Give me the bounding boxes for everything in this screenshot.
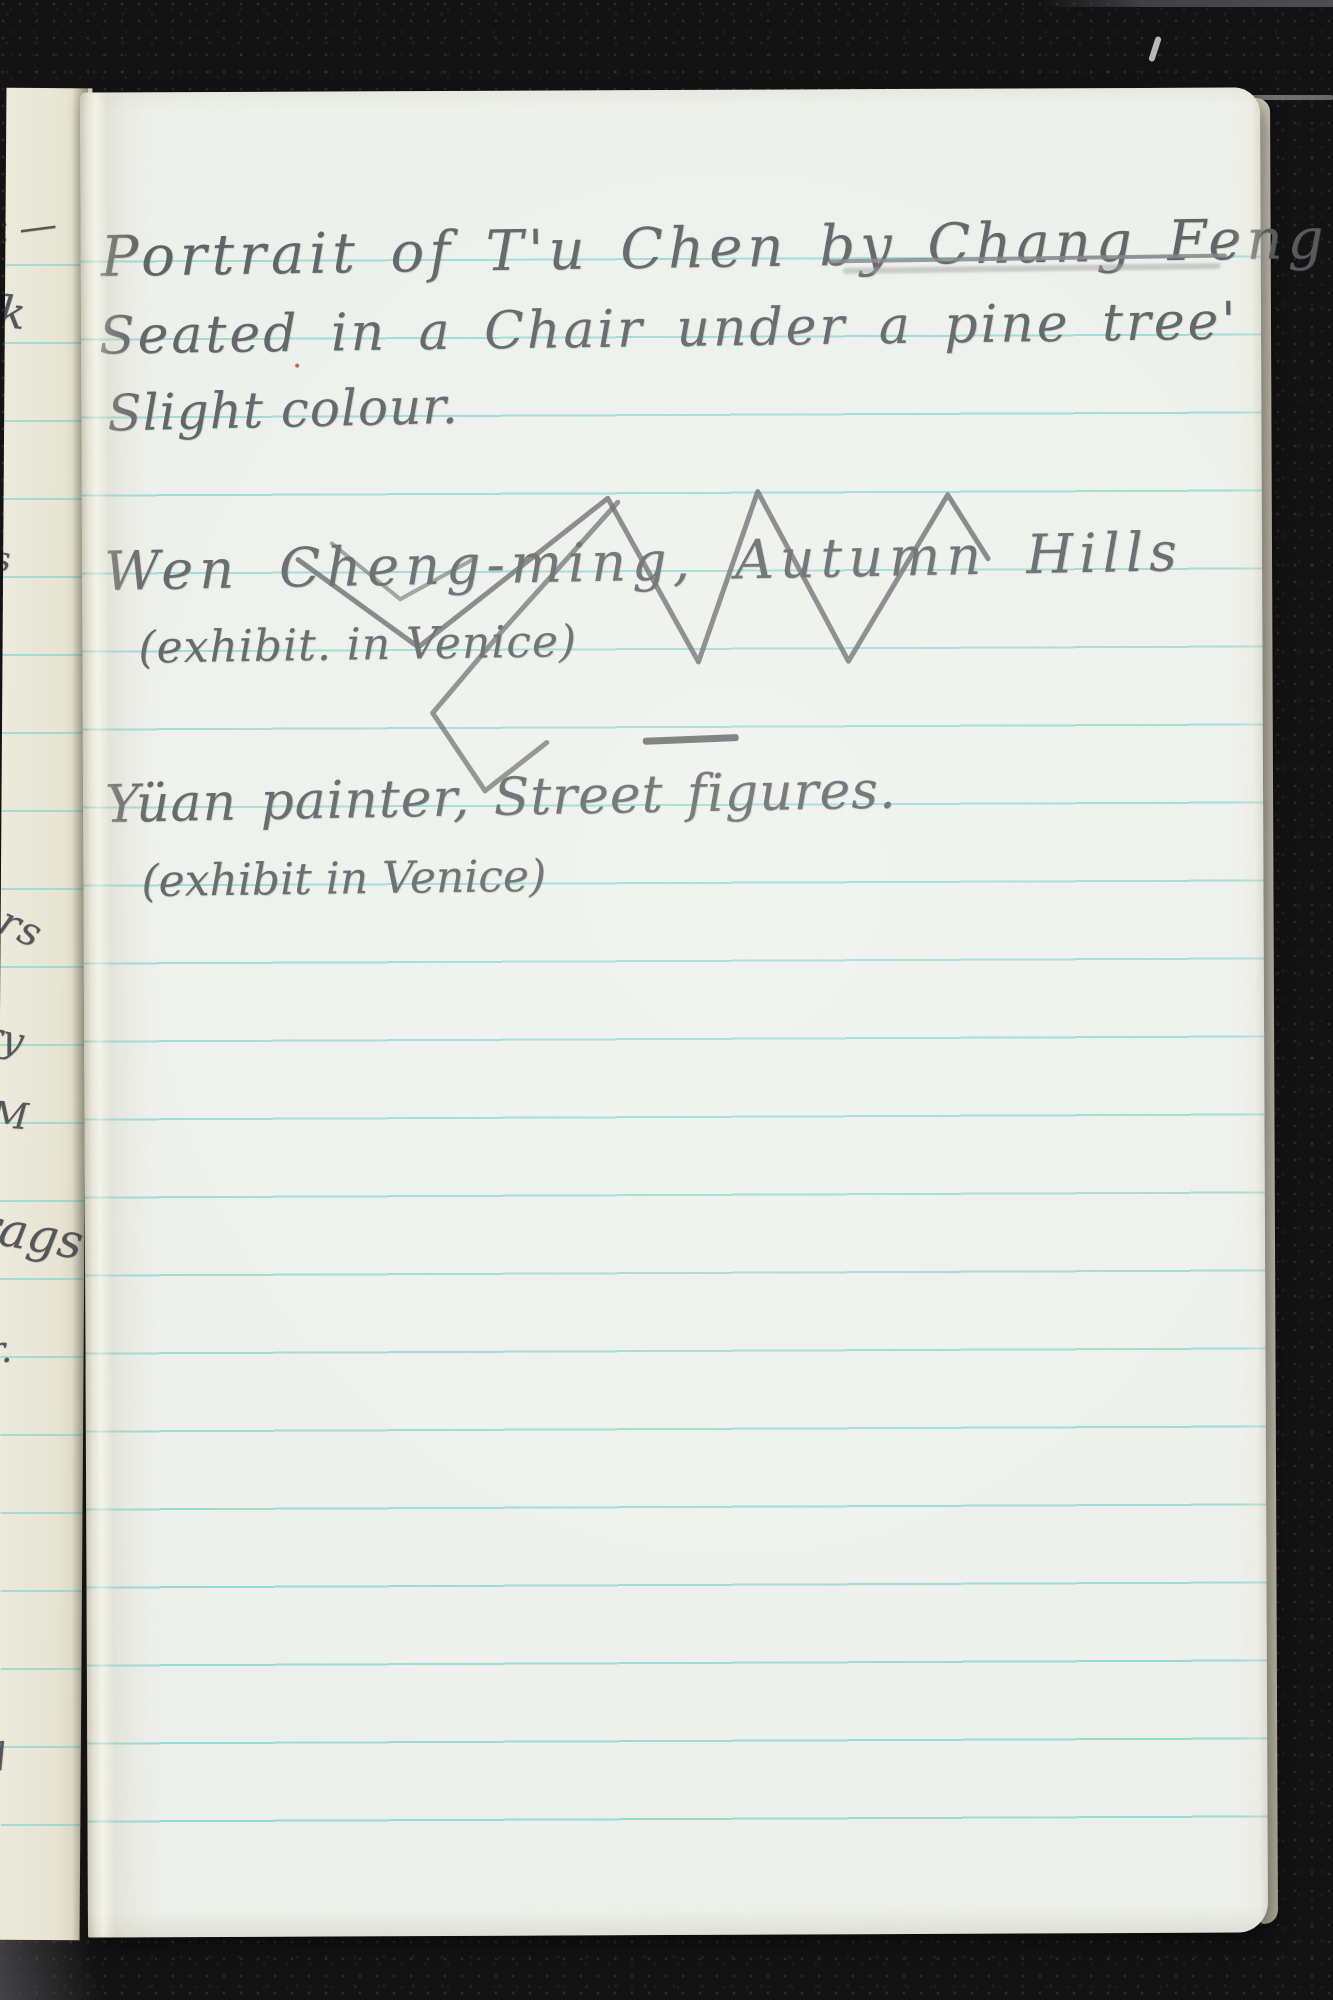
facing-page-fragment: s: [0, 540, 11, 580]
strikethrough-scribble: [80, 87, 1268, 1937]
facing-page-fragment: t —: [0, 202, 59, 254]
notebook-photo: t — k s ars ry M rags r. d Portrait of T…: [0, 0, 1333, 2000]
background-edge-line: [1040, 0, 1333, 7]
background-light-wedge: [0, 1936, 130, 2000]
background-highlight-streak: [1148, 36, 1162, 63]
facing-page-fragment: r.: [0, 1330, 12, 1371]
notebook-page: Portrait of T'u Chen by Chang Feng Seate…: [80, 87, 1268, 1937]
facing-page-fragment: M: [0, 1094, 30, 1138]
